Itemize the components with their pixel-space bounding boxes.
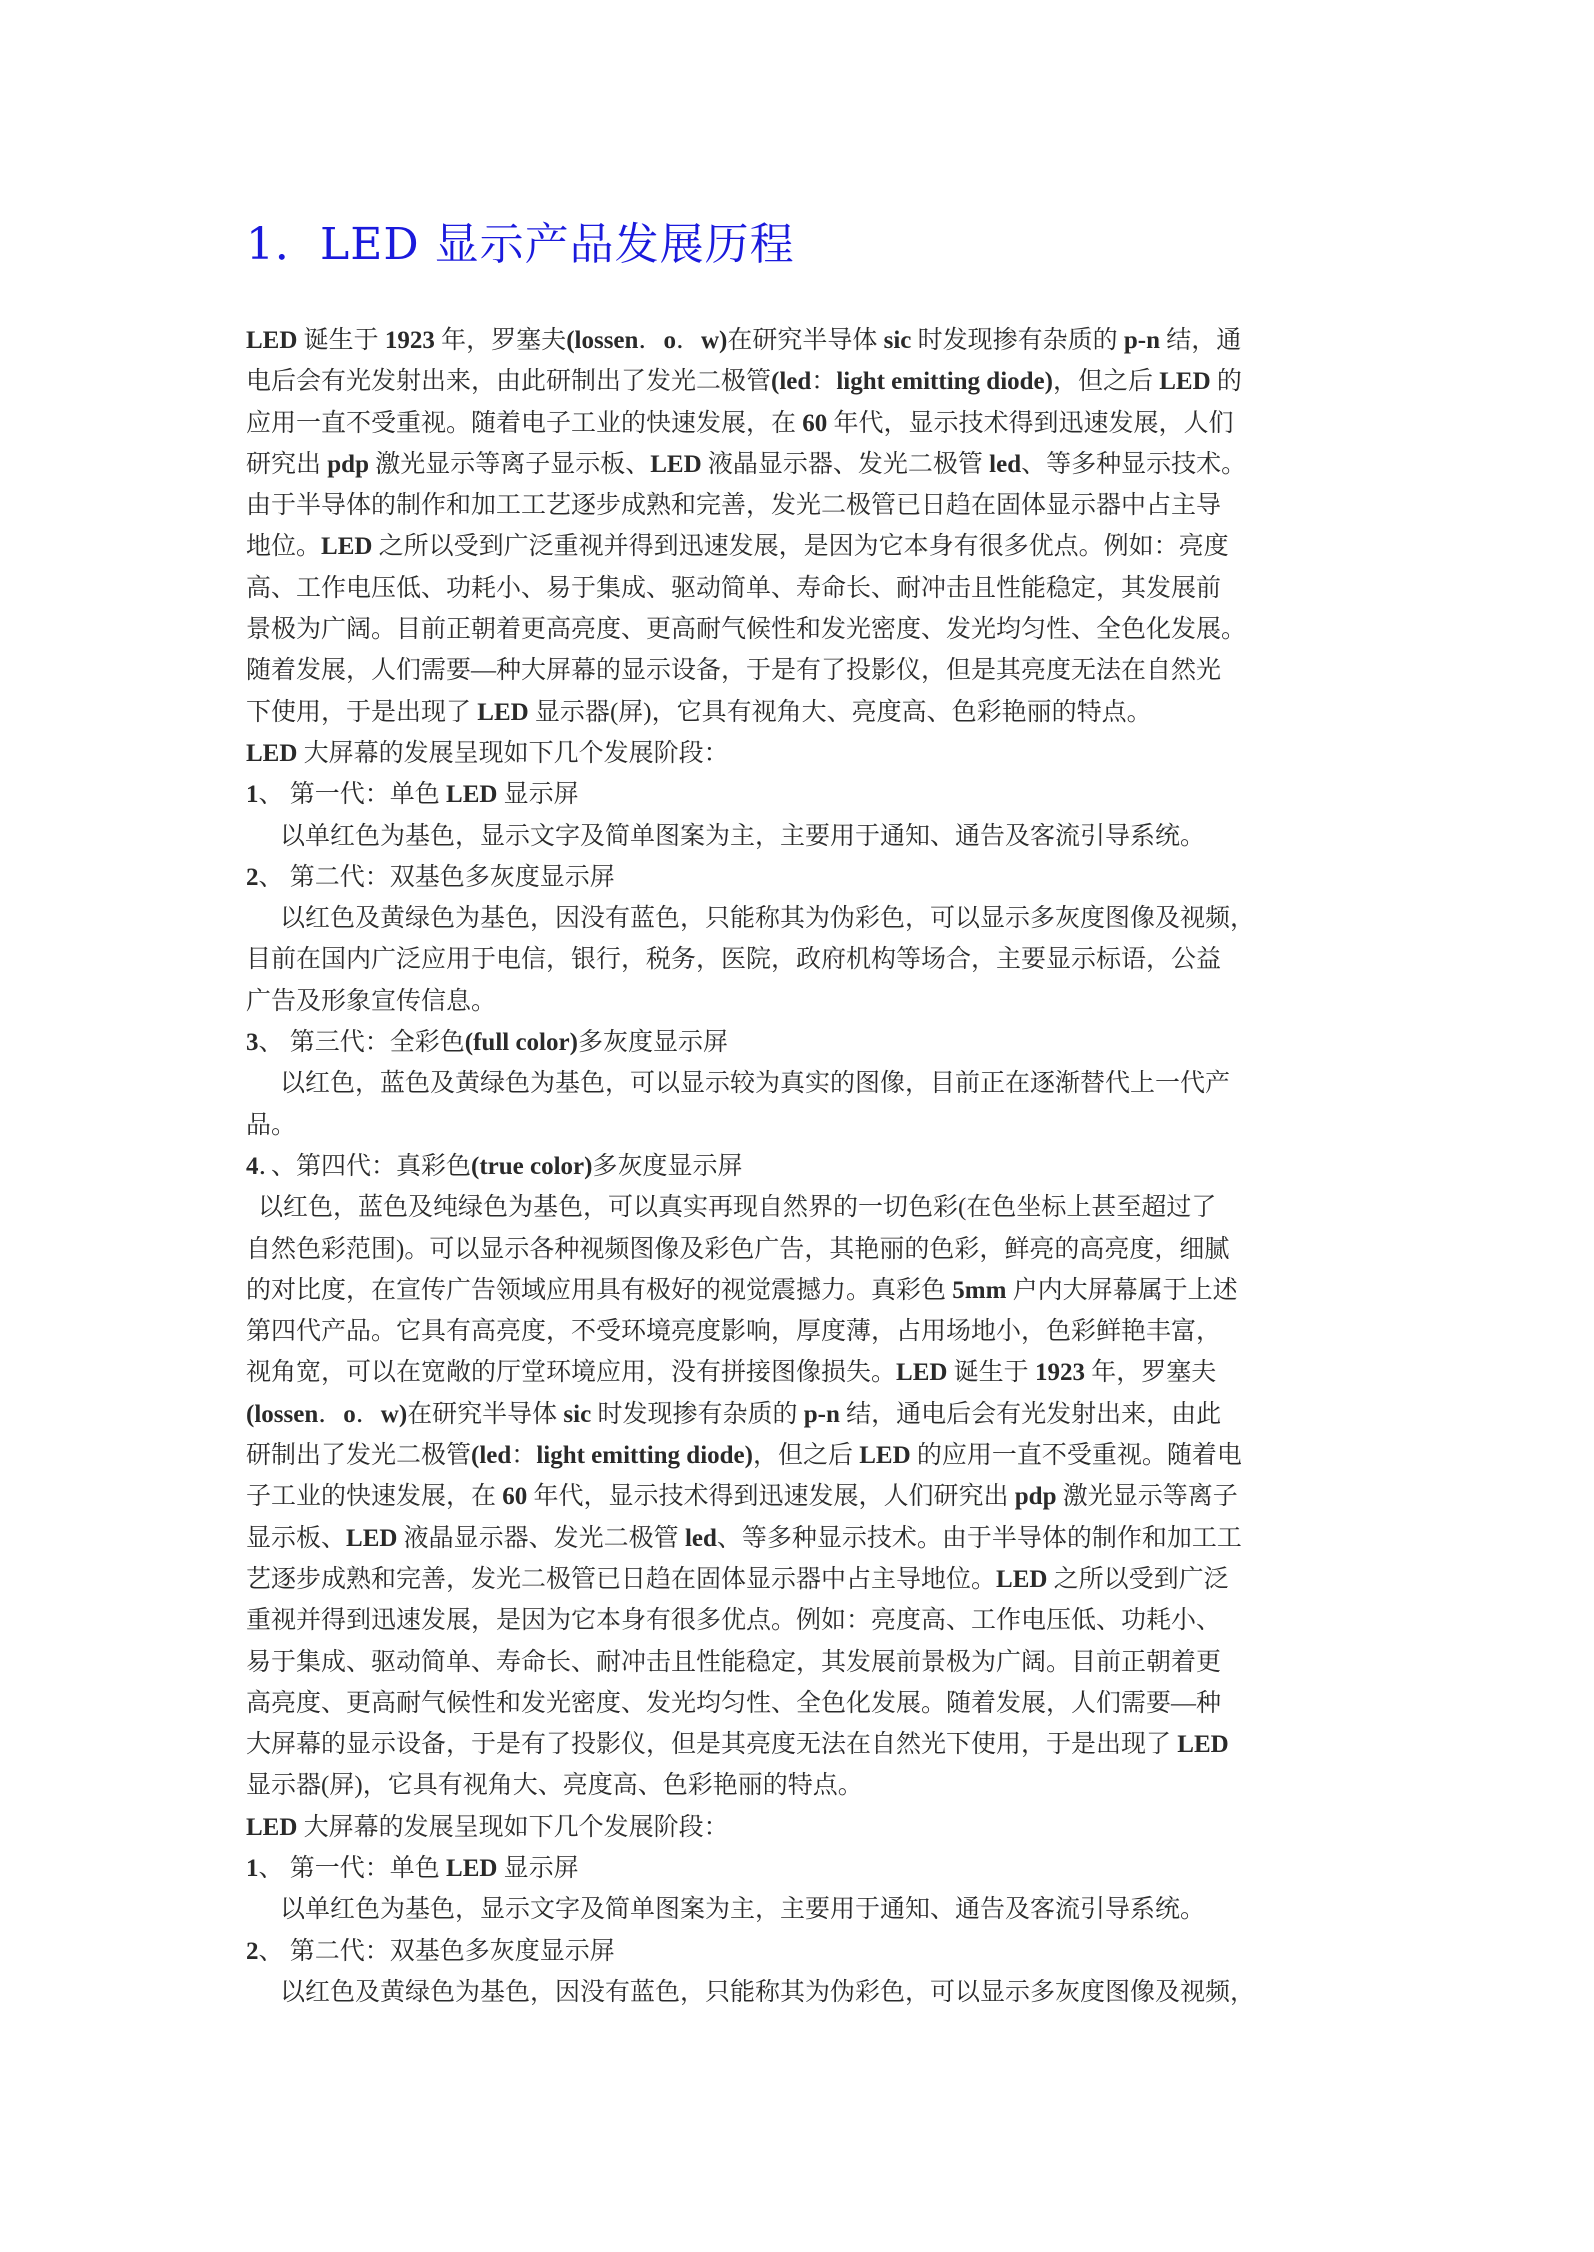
- text-line: 重视并得到迅速发展，是因为它本身有很多优点。例如：亮度高、工作电压低、功耗小、: [246, 1600, 1356, 1641]
- text-line: 显示器(屏)，它具有视角大、亮度高、色彩艳丽的特点。: [246, 1765, 1356, 1806]
- text-line: 以红色及黄绿色为基色，因没有蓝色，只能称其为伪彩色，可以显示多灰度图像及视频，: [246, 898, 1356, 939]
- page-title: 1．LED 显示产品发展历程: [246, 208, 795, 272]
- text-line: 大屏幕的显示设备，于是有了投影仪，但是其亮度无法在自然光下使用，于是出现了 LE…: [246, 1724, 1356, 1765]
- text-line: LED 大屏幕的发展呈现如下几个发展阶段：: [246, 1807, 1356, 1848]
- text-line: 应用一直不受重视。随着电子工业的快速发展，在 60 年代，显示技术得到迅速发展，…: [246, 403, 1356, 444]
- text-line: 以红色及黄绿色为基色，因没有蓝色，只能称其为伪彩色，可以显示多灰度图像及视频，: [246, 1972, 1356, 2013]
- text-line: 的对比度，在宣传广告领域应用具有极好的视觉震撼力。真彩色 5mm 户内大屏幕属于…: [246, 1270, 1356, 1311]
- text-line: 视角宽，可以在宽敞的厅堂环境应用，没有拼接图像损失。LED 诞生于 1923 年…: [246, 1352, 1356, 1393]
- text-line: 由于半导体的制作和加工工艺逐步成熟和完善，发光二极管已日趋在固体显示器中占主导: [246, 485, 1356, 526]
- text-line: 4．、第四代：真彩色(true color)多灰度显示屏: [246, 1146, 1356, 1187]
- text-line: 下使用，于是出现了 LED 显示器(屏)，它具有视角大、亮度高、色彩艳丽的特点。: [246, 692, 1356, 733]
- text-line: 易于集成、驱动简单、寿命长、耐冲击且性能稳定，其发展前景极为广阔。目前正朝着更: [246, 1642, 1356, 1683]
- text-line: 以红色，蓝色及黄绿色为基色，可以显示较为真实的图像，目前正在逐渐替代上一代产: [246, 1063, 1356, 1104]
- text-line: 2、 第二代：双基色多灰度显示屏: [246, 857, 1356, 898]
- text-line: 目前在国内广泛应用于电信，银行，税务，医院，政府机构等场合，主要显示标语，公益: [246, 939, 1356, 980]
- text-line: 以单红色为基色，显示文字及简单图案为主，主要用于通知、通告及客流引导系统。: [246, 816, 1356, 857]
- document-body: LED 诞生于 1923 年，罗塞夫(lossen．o．w)在研究半导体 sic…: [246, 320, 1356, 2013]
- text-line: LED 诞生于 1923 年，罗塞夫(lossen．o．w)在研究半导体 sic…: [246, 320, 1356, 361]
- text-line: 以单红色为基色，显示文字及简单图案为主，主要用于通知、通告及客流引导系统。: [246, 1889, 1356, 1930]
- text-line: 自然色彩范围)。可以显示各种视频图像及彩色广告，其艳丽的色彩，鲜亮的高亮度，细腻: [246, 1229, 1356, 1270]
- text-line: 电后会有光发射出来，由此研制出了发光二极管(led：light emitting…: [246, 361, 1356, 402]
- text-line: 地位。LED 之所以受到广泛重视并得到迅速发展，是因为它本身有很多优点。例如：亮…: [246, 526, 1356, 567]
- text-line: 2、 第二代：双基色多灰度显示屏: [246, 1931, 1356, 1972]
- text-line: 显示板、LED 液晶显示器、发光二极管 led、等多种显示技术。由于半导体的制作…: [246, 1518, 1356, 1559]
- text-line: 研究出 pdp 激光显示等离子显示板、LED 液晶显示器、发光二极管 led、等…: [246, 444, 1356, 485]
- text-line: 艺逐步成熟和完善，发光二极管已日趋在固体显示器中占主导地位。LED 之所以受到广…: [246, 1559, 1356, 1600]
- text-line: 以红色，蓝色及纯绿色为基色，可以真实再现自然界的一切色彩(在色坐标上甚至超过了: [246, 1187, 1356, 1228]
- text-line: 高、工作电压低、功耗小、易于集成、驱动简单、寿命长、耐冲击且性能稳定，其发展前: [246, 568, 1356, 609]
- text-line: 品。: [246, 1105, 1356, 1146]
- text-line: 景极为广阔。目前正朝着更高亮度、更高耐气候性和发光密度、发光均匀性、全色化发展。: [246, 609, 1356, 650]
- text-line: LED 大屏幕的发展呈现如下几个发展阶段：: [246, 733, 1356, 774]
- text-line: 子工业的快速发展，在 60 年代，显示技术得到迅速发展，人们研究出 pdp 激光…: [246, 1476, 1356, 1517]
- text-line: 1、 第一代：单色 LED 显示屏: [246, 774, 1356, 815]
- text-line: 广告及形象宣传信息。: [246, 981, 1356, 1022]
- text-line: 随着发展，人们需要—种大屏幕的显示设备，于是有了投影仪，但是其亮度无法在自然光: [246, 650, 1356, 691]
- text-line: 研制出了发光二极管(led：light emitting diode)，但之后 …: [246, 1435, 1356, 1476]
- text-line: 高亮度、更高耐气候性和发光密度、发光均匀性、全色化发展。随着发展，人们需要—种: [246, 1683, 1356, 1724]
- document-page: 1．LED 显示产品发展历程 LED 诞生于 1923 年，罗塞夫(lossen…: [0, 0, 1594, 2252]
- text-line: (lossen．o．w)在研究半导体 sic 时发现掺有杂质的 p-n 结，通电…: [246, 1394, 1356, 1435]
- text-line: 1、 第一代：单色 LED 显示屏: [246, 1848, 1356, 1889]
- text-line: 3、 第三代：全彩色(full color)多灰度显示屏: [246, 1022, 1356, 1063]
- text-line: 第四代产品。它具有高亮度，不受环境亮度影响，厚度薄，占用场地小，色彩鲜艳丰富，: [246, 1311, 1356, 1352]
